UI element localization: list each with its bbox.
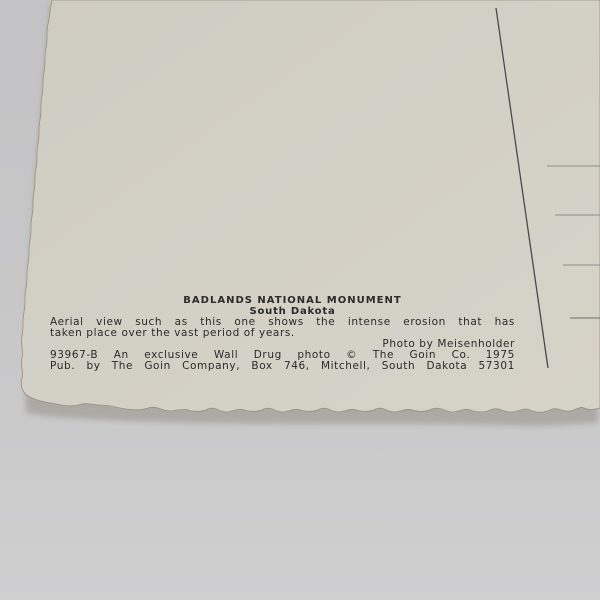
publisher-word: 57301 — [478, 361, 514, 372]
publisher-word: Goin — [144, 361, 171, 372]
publisher-word: 746, — [284, 361, 310, 372]
publisher-word: Dakota — [426, 361, 467, 372]
publisher-word: Company, — [182, 361, 240, 372]
postcard: BADLANDS NATIONAL MONUMENT South Dakota … — [0, 0, 600, 420]
publisher-word: Mitchell, — [321, 361, 371, 372]
publisher-word: South — [382, 361, 416, 372]
publisher-word: Pub. — [50, 361, 75, 372]
postcard-caption: BADLANDS NATIONAL MONUMENT South Dakota … — [50, 295, 515, 372]
publisher-line: Pub.byTheGoinCompany,Box746,Mitchell,Sou… — [50, 361, 515, 372]
publisher-word: by — [86, 361, 100, 372]
publisher-word: The — [112, 361, 133, 372]
postcard-title: BADLANDS NATIONAL MONUMENT — [70, 295, 515, 306]
publisher-word: Box — [251, 361, 272, 372]
